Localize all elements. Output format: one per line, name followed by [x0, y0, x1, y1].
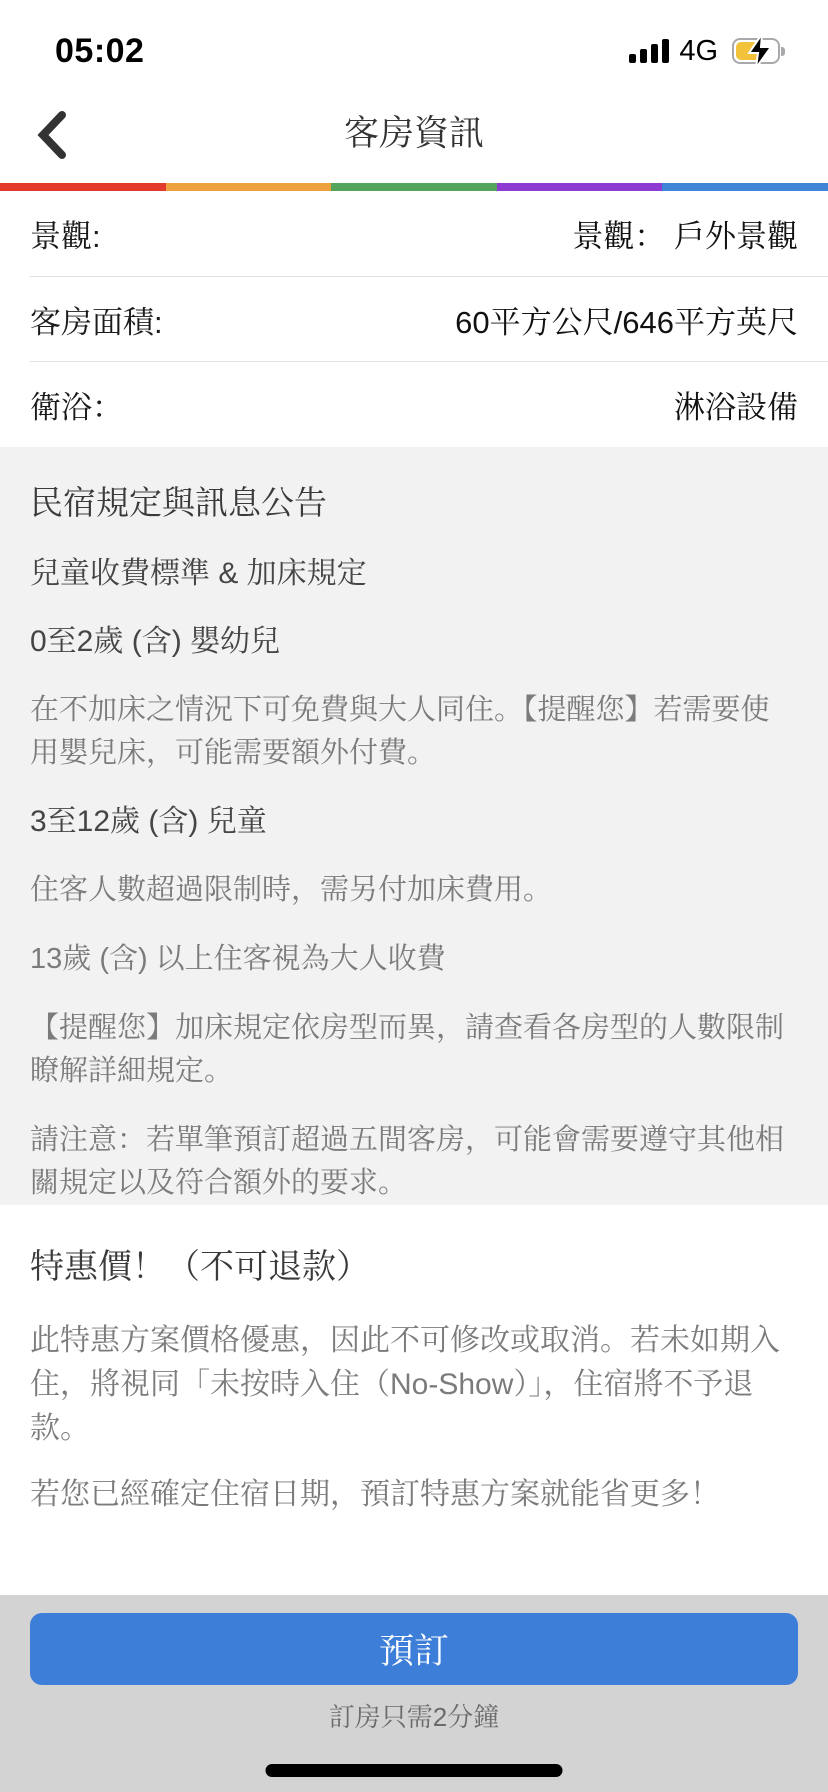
policy-subheading: 兒童收費標準 & 加床規定: [30, 553, 798, 595]
promo-paragraph: 此特惠方案價格優惠，因此不可修改或取消。若未如期入住，將視同「未按時入住（No-…: [30, 1319, 798, 1451]
detail-row-room-size: 客房面積: 60平方公尺/646平方英尺: [30, 277, 828, 363]
network-type-label: 4G: [679, 35, 718, 68]
accent-stripe-segment: [662, 183, 828, 191]
status-icons: 4G: [629, 35, 790, 68]
accent-stripe-segment: [0, 183, 166, 191]
detail-row-bathroom: 衛浴： 淋浴設備: [30, 362, 828, 447]
promo-title: 特惠價！（不可退款）: [30, 1247, 798, 1287]
policy-paragraph: 【提醒您】加床規定依房型而異，請查看各房型的人數限制瞭解詳細規定。: [30, 1007, 798, 1093]
booking-footer: 預訂 訂房只需2分鐘: [0, 1595, 828, 1792]
promo-paragraph: 若您已經確定住宿日期，預訂特惠方案就能省更多！: [30, 1473, 798, 1517]
home-indicator[interactable]: [266, 1764, 563, 1777]
nav-bar: 客房資訊: [0, 88, 828, 183]
detail-value: 60平方公尺/646平方英尺: [455, 297, 798, 342]
clock: 05:02: [55, 32, 144, 71]
status-bar: 05:02 4G: [0, 0, 828, 88]
accent-stripe-segment: [166, 183, 332, 191]
detail-value: 景觀： 戶外景觀: [572, 211, 798, 256]
policy-paragraph: 住客人數超過限制時，需另付加床費用。: [30, 869, 798, 912]
detail-label: 衛浴：: [30, 382, 123, 427]
lightning-bolt-icon: [745, 33, 775, 69]
cellular-signal-icon: [629, 39, 669, 63]
room-details: 景觀: 景觀： 戶外景觀 客房面積: 60平方公尺/646平方英尺 衛浴： 淋浴…: [0, 191, 828, 447]
detail-label: 景觀:: [30, 211, 101, 256]
promo-section: 特惠價！（不可退款） 此特惠方案價格優惠，因此不可修改或取消。若未如期入住，將視…: [0, 1205, 828, 1595]
accent-stripe-segment: [497, 183, 663, 191]
detail-value: 淋浴設備: [674, 382, 798, 427]
accent-stripe: [0, 183, 828, 191]
policy-title: 民宿規定與訊息公告: [30, 483, 798, 523]
policy-section: 民宿規定與訊息公告 兒童收費標準 & 加床規定 0至2歲 (含) 嬰幼兒 在不加…: [0, 447, 828, 1205]
detail-row-view: 景觀: 景觀： 戶外景觀: [30, 191, 828, 277]
policy-paragraph: 請注意：若單筆預訂超過五間客房，可能會需要遵守其他相關規定以及符合額外的要求。: [30, 1119, 798, 1205]
detail-label: 客房面積:: [30, 297, 163, 342]
book-button[interactable]: 預訂: [30, 1613, 798, 1685]
battery-charging-icon: [732, 36, 790, 66]
policy-paragraph: 13歲 (含) 以上住客視為大人收費: [30, 938, 798, 981]
accent-stripe-segment: [331, 183, 497, 191]
policy-subheading: 3至12歲 (含) 兒童: [30, 801, 798, 843]
booking-caption: 訂房只需2分鐘: [30, 1697, 798, 1734]
policy-paragraph: 在不加床之情況下可免費與大人同住。【提醒您】若需要使用嬰兒床，可能需要額外付費。: [30, 689, 798, 775]
policy-subheading: 0至2歲 (含) 嬰幼兒: [30, 621, 798, 663]
page-title: 客房資訊: [0, 106, 828, 156]
